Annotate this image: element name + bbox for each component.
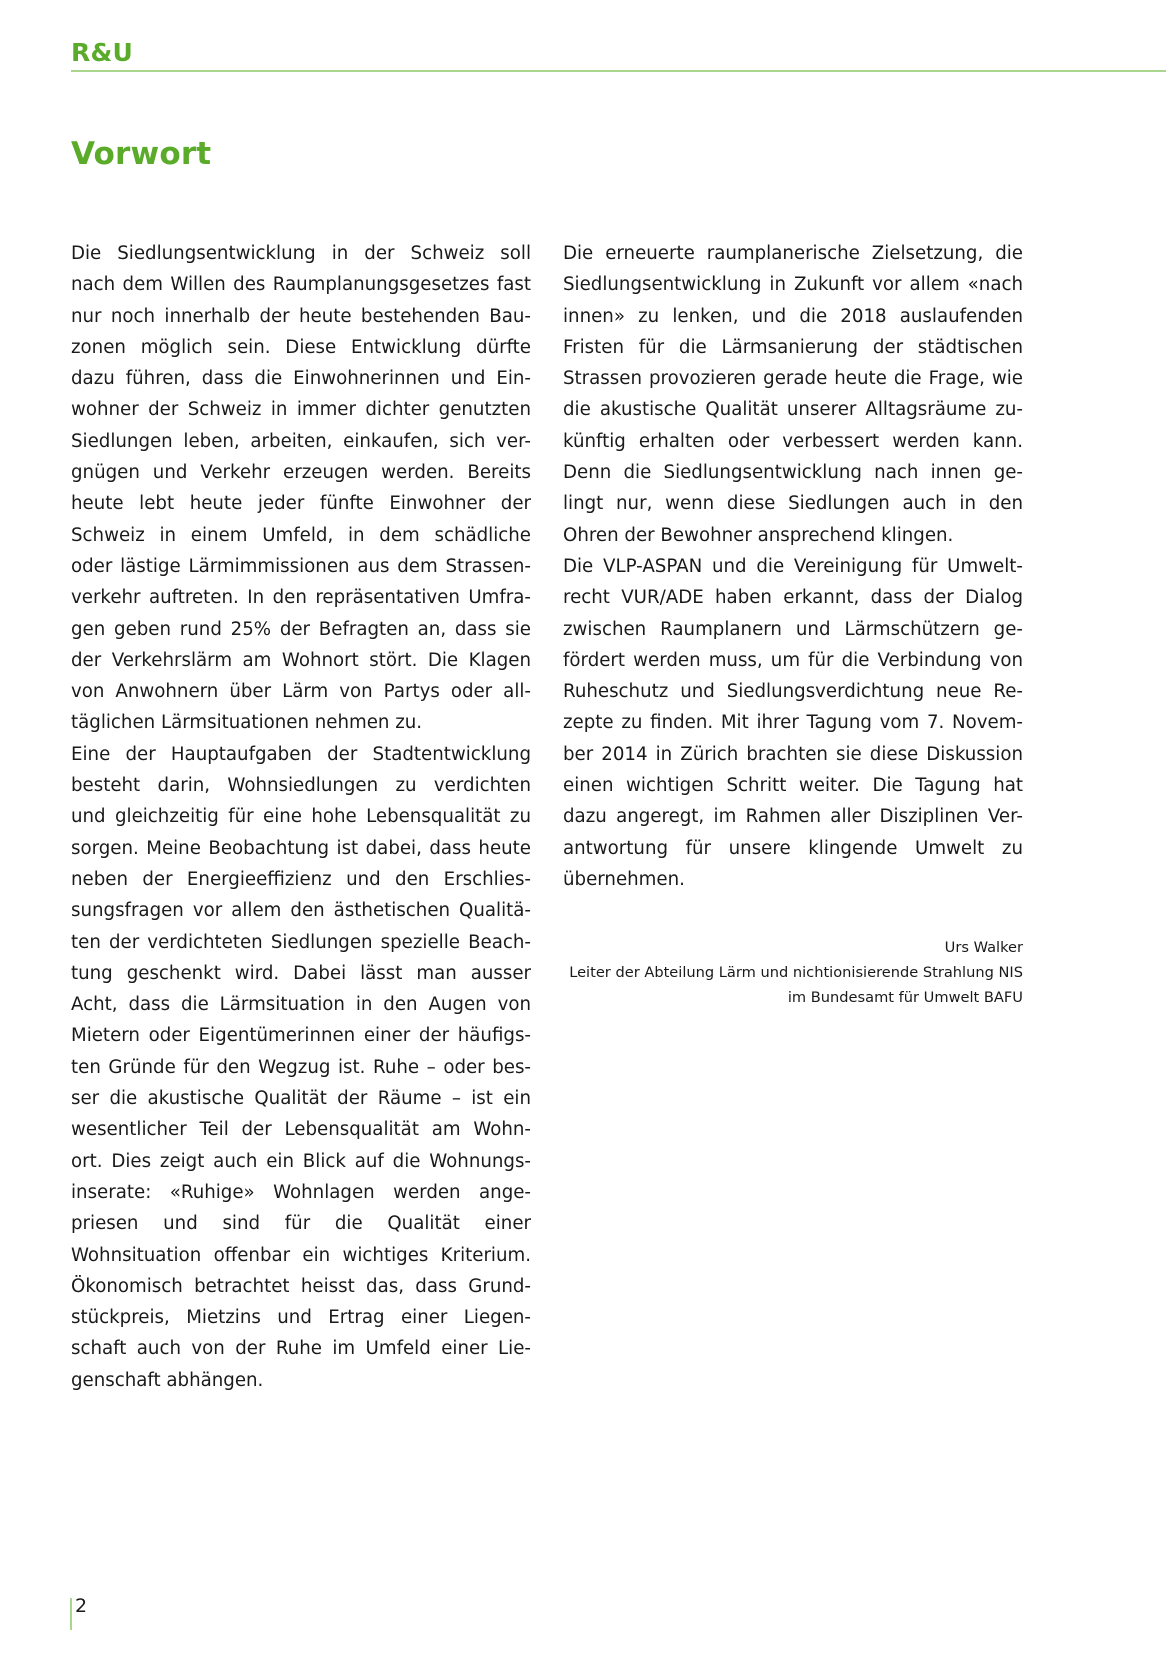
- text-line: ber 2014 in Zürich brachten sie diese Di…: [563, 739, 1023, 770]
- text-line: schaft auch von der Ruhe im Umfeld einer…: [71, 1333, 531, 1364]
- text-line: Die VLP-ASPAN und die Vereinigung für Um…: [563, 551, 1023, 582]
- page-number: 2: [75, 1594, 87, 1618]
- text-line: priesen und sind für die Qualität einer: [71, 1208, 531, 1239]
- text-line: sungsfragen vor allem den ästhetischen Q…: [71, 895, 531, 926]
- text-column-right: Die erneuerte raumplanerische Zielsetzun…: [563, 238, 1023, 895]
- text-line: und gleichzeitig für eine hohe Lebensqua…: [71, 801, 531, 832]
- text-line: zepte zu finden. Mit ihrer Tagung vom 7.…: [563, 707, 1023, 738]
- text-line: besteht darin, Wohnsiedlungen zu verdich…: [71, 770, 531, 801]
- text-line: inserate: «Ruhige» Wohnlagen werden ange…: [71, 1177, 531, 1208]
- text-line: Strassen provozieren gerade heute die Fr…: [563, 363, 1023, 394]
- text-line: künftig erhalten oder verbessert werden …: [563, 426, 1023, 457]
- author-organization: im Bundesamt für Umwelt BAFU: [563, 985, 1023, 1010]
- text-line: zonen möglich sein. Diese Entwicklung dü…: [71, 332, 531, 363]
- text-line: der Verkehrslärm am Wohnort stört. Die K…: [71, 645, 531, 676]
- text-line: innen» zu lenken, und die 2018 auslaufen…: [563, 301, 1023, 332]
- page-number-bar: [70, 1598, 72, 1630]
- author-role: Leiter der Abteilung Lärm und nichtionis…: [563, 960, 1023, 985]
- text-line: nach dem Willen des Raumplanungsgesetzes…: [71, 269, 531, 300]
- text-line: Die Siedlungsentwicklung in der Schweiz …: [71, 238, 531, 269]
- text-line: Wohnsituation offenbar ein wichtiges Kri…: [71, 1240, 531, 1271]
- text-line: Denn die Siedlungsentwicklung nach innen…: [563, 457, 1023, 488]
- text-line: Mietern oder Eigentümerinnen einer der h…: [71, 1020, 531, 1051]
- author-name: Urs Walker: [563, 935, 1023, 960]
- section-label: R&U: [71, 38, 133, 68]
- text-line: sorgen. Meine Beobachtung ist dabei, das…: [71, 833, 531, 864]
- text-line: gnügen und Verkehr erzeugen werden. Bere…: [71, 457, 531, 488]
- text-line: Eine der Hauptaufgaben der Stadtentwickl…: [71, 739, 531, 770]
- text-line: täglichen Lärmsituationen nehmen zu.: [71, 707, 531, 738]
- text-line: recht VUR/ADE haben erkannt, dass der Di…: [563, 582, 1023, 613]
- text-line: Ruheschutz und Siedlungsverdichtung neue…: [563, 676, 1023, 707]
- text-line: nur noch innerhalb der heute bestehenden…: [71, 301, 531, 332]
- text-line: dazu führen, dass die Einwohnerinnen und…: [71, 363, 531, 394]
- text-line: wesentlicher Teil der Lebensqualität am …: [71, 1114, 531, 1145]
- text-line: ten der verdichteten Siedlungen speziell…: [71, 927, 531, 958]
- text-line: Die erneuerte raumplanerische Zielsetzun…: [563, 238, 1023, 269]
- header-divider: [71, 70, 1166, 72]
- signature-block: Urs Walker Leiter der Abteilung Lärm und…: [563, 935, 1023, 1010]
- text-line: Ohren der Bewohner ansprechend klingen.: [563, 520, 1023, 551]
- text-line: einen wichtigen Schritt weiter. Die Tagu…: [563, 770, 1023, 801]
- text-line: fördert werden muss, um für die Verbindu…: [563, 645, 1023, 676]
- text-line: heute lebt heute jeder fünfte Einwohner …: [71, 488, 531, 519]
- text-line: oder lästige Lärmimmissionen aus dem Str…: [71, 551, 531, 582]
- text-column-left: Die Siedlungsentwicklung in der Schweiz …: [71, 238, 531, 1396]
- page-title: Vorwort: [71, 134, 211, 174]
- text-line: Acht, dass die Lärmsituation in den Auge…: [71, 989, 531, 1020]
- text-line: ten Gründe für den Wegzug ist. Ruhe – od…: [71, 1052, 531, 1083]
- text-line: zwischen Raumplanern und Lärmschützern g…: [563, 614, 1023, 645]
- text-line: Siedlungen leben, arbeiten, einkaufen, s…: [71, 426, 531, 457]
- text-line: tung geschenkt wird. Dabei lässt man aus…: [71, 958, 531, 989]
- text-line: von Anwohnern über Lärm von Partys oder …: [71, 676, 531, 707]
- text-line: antwortung für unsere klingende Umwelt z…: [563, 833, 1023, 864]
- text-line: lingt nur, wenn diese Siedlungen auch in…: [563, 488, 1023, 519]
- text-line: gen geben rund 25% der Befragten an, das…: [71, 614, 531, 645]
- text-line: dazu angeregt, im Rahmen aller Disziplin…: [563, 801, 1023, 832]
- text-line: wohner der Schweiz in immer dichter genu…: [71, 394, 531, 425]
- text-line: die akustische Qualität unserer Alltagsr…: [563, 394, 1023, 425]
- text-line: Schweiz in einem Umfeld, in dem schädlic…: [71, 520, 531, 551]
- text-line: Ökonomisch betrachtet heisst das, dass G…: [71, 1271, 531, 1302]
- text-line: ser die akustische Qualität der Räume – …: [71, 1083, 531, 1114]
- text-line: Fristen für die Lärmsanierung der städti…: [563, 332, 1023, 363]
- text-line: genschaft abhängen.: [71, 1365, 531, 1396]
- text-line: Siedlungsentwicklung in Zukunft vor alle…: [563, 269, 1023, 300]
- text-line: übernehmen.: [563, 864, 1023, 895]
- text-line: stückpreis, Mietzins und Ertrag einer Li…: [71, 1302, 531, 1333]
- text-line: verkehr auftreten. In den repräsentative…: [71, 582, 531, 613]
- text-line: neben der Energieeffizienz und den Ersch…: [71, 864, 531, 895]
- text-line: ort. Dies zeigt auch ein Blick auf die W…: [71, 1146, 531, 1177]
